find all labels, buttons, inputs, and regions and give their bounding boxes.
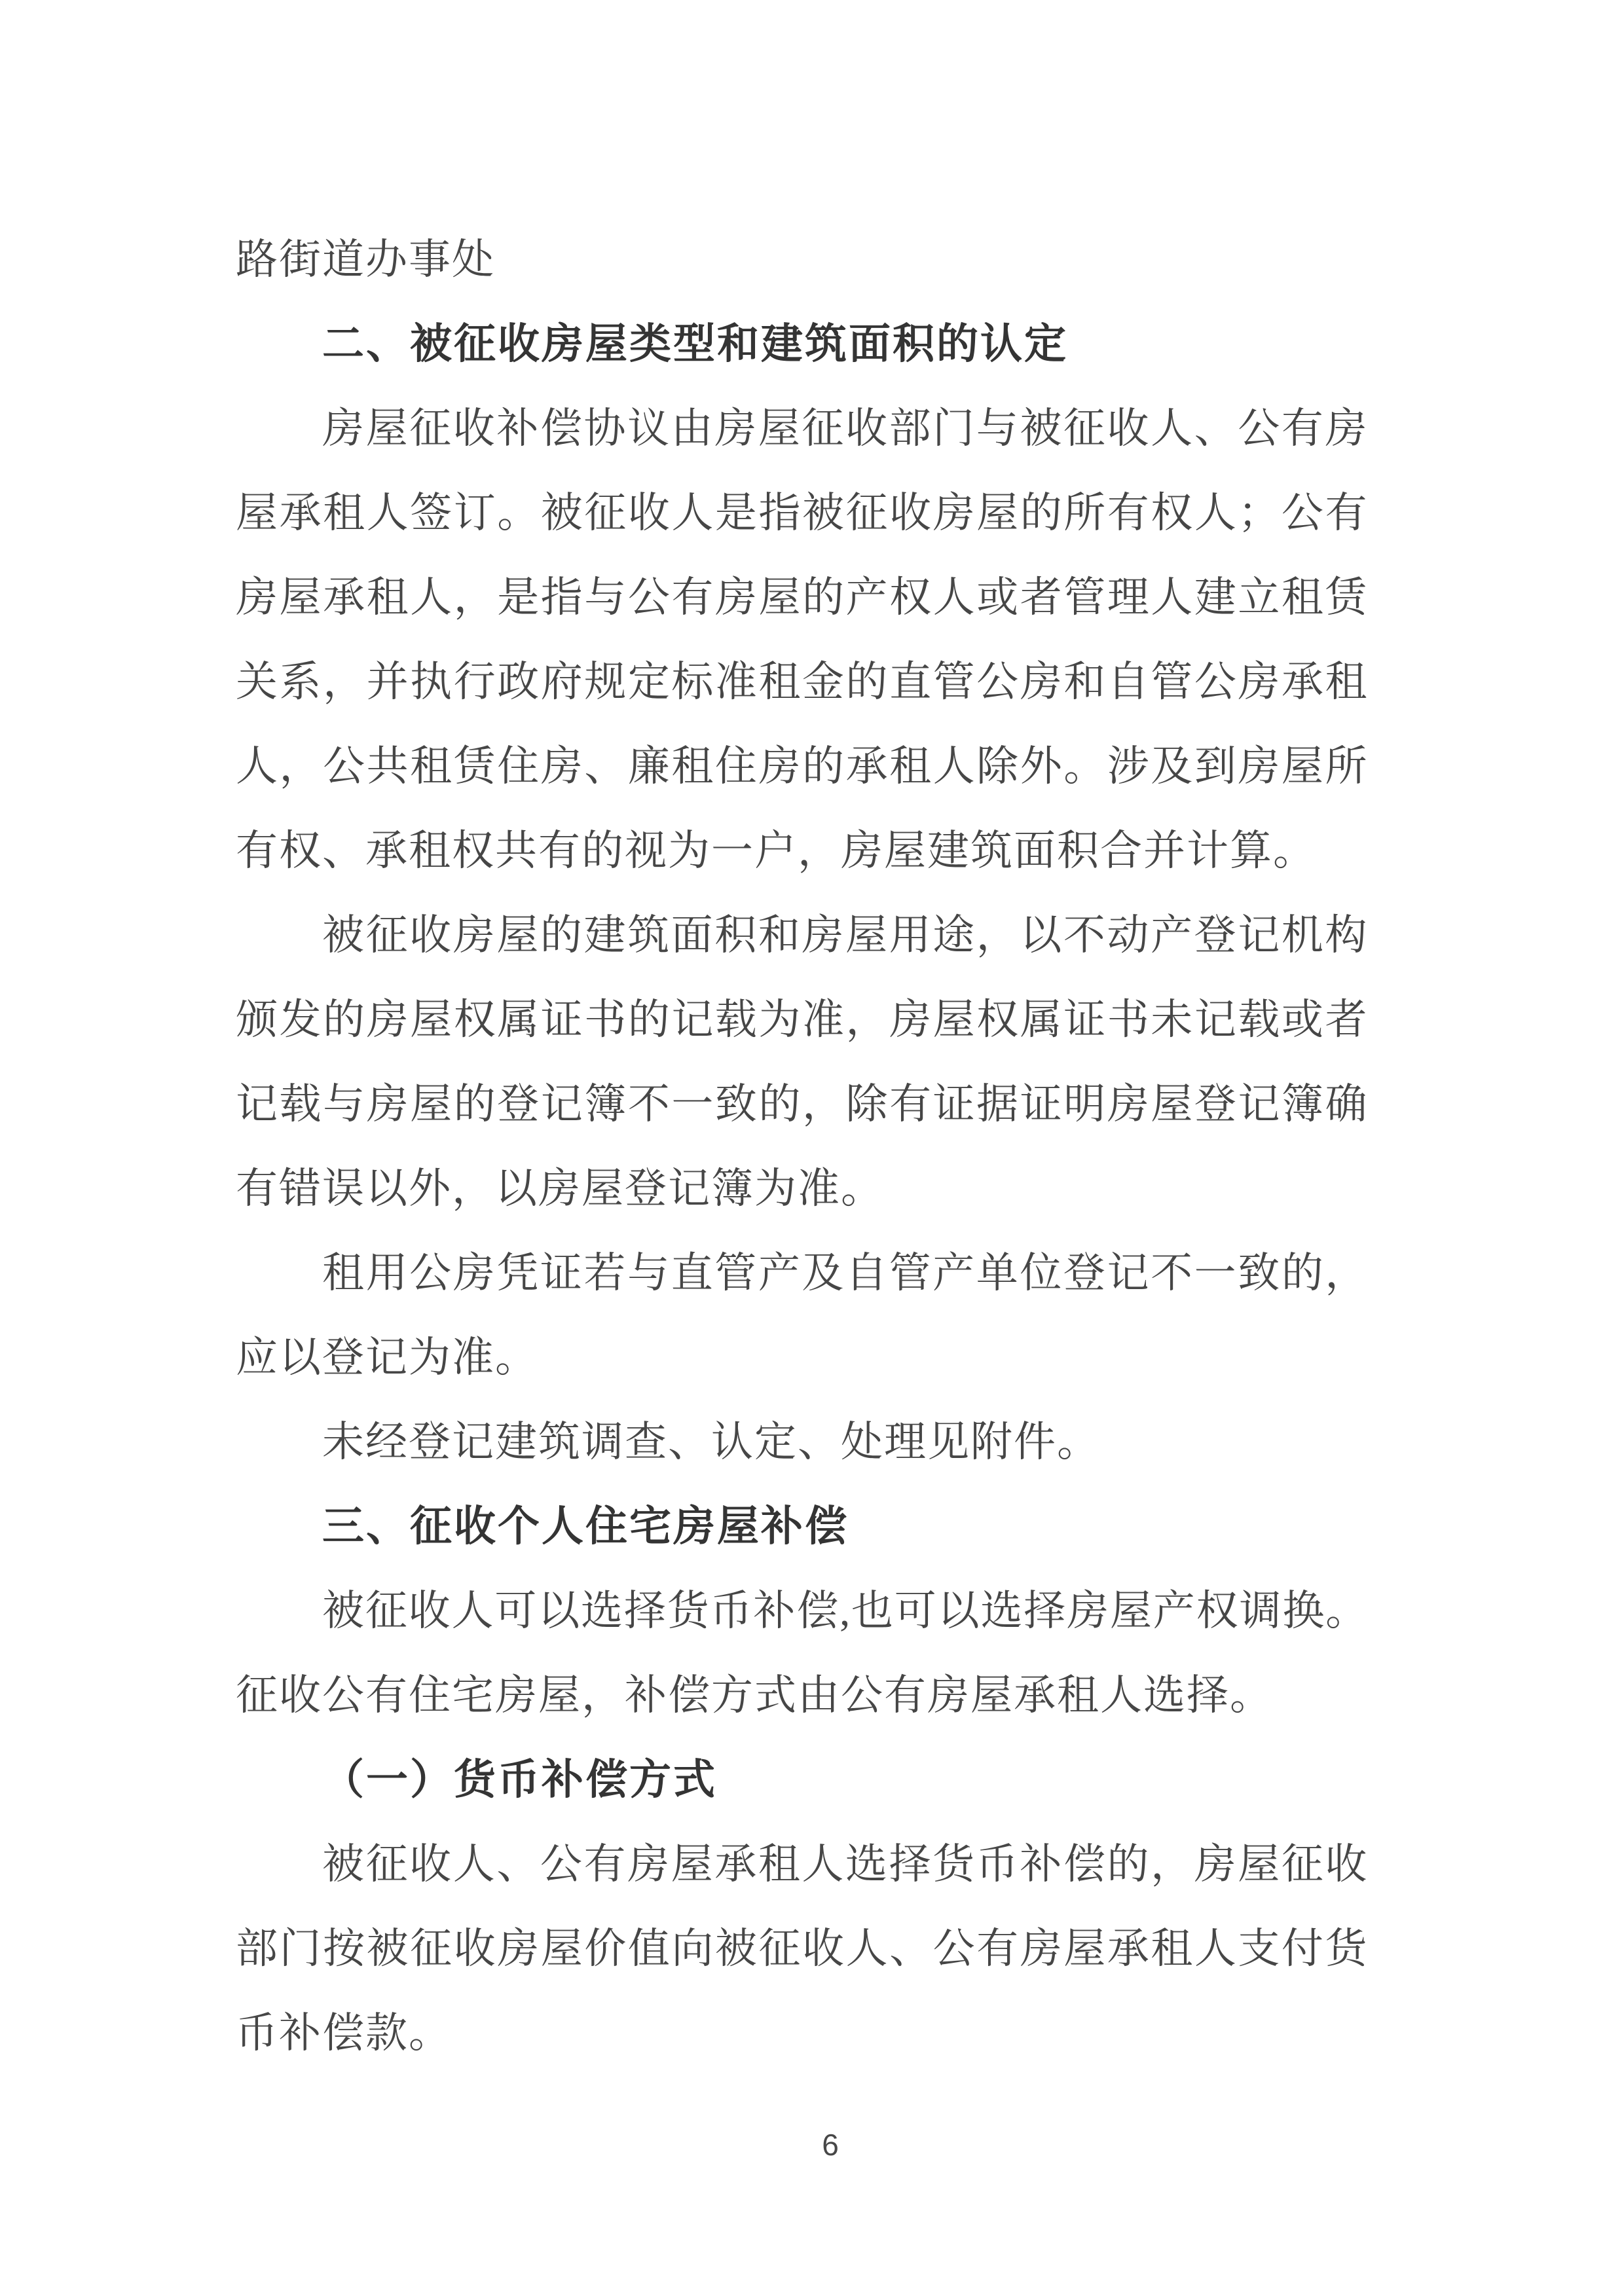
page-number: 6	[822, 2125, 839, 2164]
line-text: 被征收人、公有房屋承租人选择货币补偿的，房屋征收	[322, 1822, 1369, 1906]
line-text: 被征收人可以选择货币补偿,也可以选择房屋产权调换。	[322, 1569, 1369, 1653]
line-text: 币补偿款。	[236, 1991, 452, 2075]
text-line: 币补偿款。	[236, 1991, 1369, 2075]
text-line: 路街道办事处	[236, 217, 1369, 302]
line-text: 租用公房凭证若与直管产及自管产单位登记不一致的，	[322, 1231, 1369, 1315]
text-line: 二、被征收房屋类型和建筑面积的认定	[236, 302, 1369, 386]
document-page: 路街道办事处 二、被征收房屋类型和建筑面积的认定 房屋征收补偿协议由房屋征收部门…	[0, 0, 1624, 2296]
line-text: 征收公有住宅房屋，补偿方式由公有房屋承租人选择。	[236, 1653, 1273, 1738]
page-footer: 6	[0, 2125, 1624, 2172]
text-line: 被征收人可以选择货币补偿,也可以选择房屋产权调换。	[236, 1569, 1369, 1653]
text-line: 被征收房屋的建筑面积和房屋用途，以不动产登记机构	[236, 893, 1369, 977]
line-text: 未经登记建筑调查、认定、处理见附件。	[322, 1400, 1100, 1484]
text-line: 应以登记为准。	[236, 1315, 1369, 1400]
text-line: 三、征收个人住宅房屋补偿	[236, 1484, 1369, 1569]
text-line: 房屋征收补偿协议由房屋征收部门与被征收人、公有房	[236, 386, 1369, 471]
text-line: 房屋承租人，是指与公有房屋的产权人或者管理人建立租赁	[236, 555, 1369, 640]
text-line: 屋承租人签订。被征收人是指被征收房屋的所有权人；公有	[236, 471, 1369, 555]
text-line: 未经登记建筑调查、认定、处理见附件。	[236, 1400, 1369, 1484]
line-text: 被征收房屋的建筑面积和房屋用途，以不动产登记机构	[322, 893, 1369, 977]
line-text: 人，公共租赁住房、廉租住房的承租人除外。涉及到房屋所	[236, 724, 1369, 809]
line-text: 有错误以外，以房屋登记簿为准。	[236, 1146, 884, 1231]
line-text: 房屋承租人，是指与公有房屋的产权人或者管理人建立租赁	[236, 555, 1369, 640]
line-text: 部门按被征收房屋价值向被征收人、公有房屋承租人支付货	[236, 1906, 1369, 1991]
text-line: 人，公共租赁住房、廉租住房的承租人除外。涉及到房屋所	[236, 724, 1369, 809]
text-line: 有权、承租权共有的视为一户，房屋建筑面积合并计算。	[236, 809, 1369, 893]
line-text: 记载与房屋的登记簿不一致的，除有证据证明房屋登记簿确	[236, 1062, 1369, 1146]
line-text: 二、被征收房屋类型和建筑面积的认定	[322, 302, 1068, 386]
text-line: 关系，并执行政府规定标准租金的直管公房和自管公房承租	[236, 640, 1369, 724]
line-text: 有权、承租权共有的视为一户，房屋建筑面积合并计算。	[236, 809, 1316, 893]
line-text: 房屋征收补偿协议由房屋征收部门与被征收人、公有房	[322, 386, 1369, 471]
text-line: 记载与房屋的登记簿不一致的，除有证据证明房屋登记簿确	[236, 1062, 1369, 1146]
text-line: 被征收人、公有房屋承租人选择货币补偿的，房屋征收	[236, 1822, 1369, 1906]
line-text: 路街道办事处	[236, 217, 495, 302]
document-body: 路街道办事处 二、被征收房屋类型和建筑面积的认定 房屋征收补偿协议由房屋征收部门…	[236, 217, 1369, 2075]
text-line: 有错误以外，以房屋登记簿为准。	[236, 1146, 1369, 1231]
text-line: 颁发的房屋权属证书的记载为准，房屋权属证书未记载或者	[236, 977, 1369, 1062]
text-line: （一）货币补偿方式	[236, 1738, 1369, 1822]
text-line: 征收公有住宅房屋，补偿方式由公有房屋承租人选择。	[236, 1653, 1369, 1738]
line-text: 颁发的房屋权属证书的记载为准，房屋权属证书未记载或者	[236, 977, 1369, 1062]
line-text: 三、征收个人住宅房屋补偿	[322, 1484, 849, 1569]
line-text: 屋承租人签订。被征收人是指被征收房屋的所有权人；公有	[236, 471, 1369, 555]
text-line: 部门按被征收房屋价值向被征收人、公有房屋承租人支付货	[236, 1906, 1369, 1991]
line-text: 关系，并执行政府规定标准租金的直管公房和自管公房承租	[236, 640, 1369, 724]
line-text: 应以登记为准。	[236, 1315, 538, 1400]
text-line: 租用公房凭证若与直管产及自管产单位登记不一致的，	[236, 1231, 1369, 1315]
line-text: （一）货币补偿方式	[322, 1738, 717, 1822]
